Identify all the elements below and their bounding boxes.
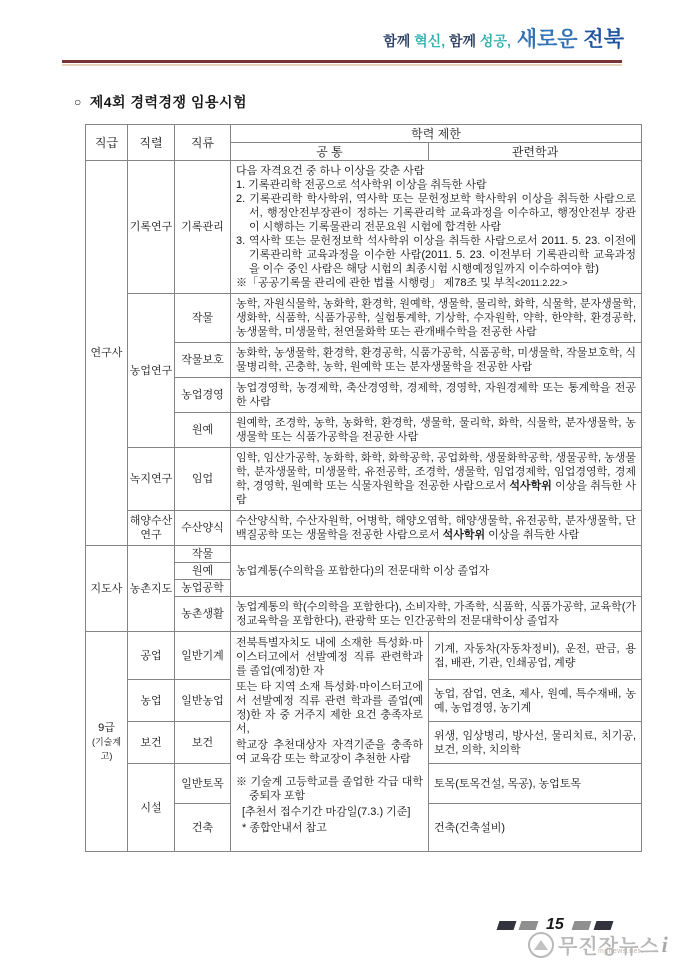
cell-series-marine-research: 해양수산연구 [128,511,175,546]
cell-agri-mgmt-majors: 농업경영학, 농경제학, 축산경영학, 경제학, 경영학, 자원경제학 또는 통… [231,378,642,413]
cell-series-agri-research: 농업연구 [128,294,175,448]
grade9-common-p6: * 종합안내서 참고 [236,821,423,835]
cell-class-guide-horticulture: 원예 [175,563,231,580]
cell-health-related: 위생, 임상병리, 방사선, 물리치료, 치기공, 보건, 의학, 치의학 [429,722,642,764]
watermark-suffix: i [662,932,668,958]
cell-class-general-agri: 일반농업 [175,680,231,722]
grade9-common-p5: [추천서 접수기간 마감일(7.3.) 기준] [236,805,423,819]
grade9-common-p4: ※ 기술계 고등학교를 졸업한 각급 대학 중퇴자 포함 [236,775,423,803]
table-row: 연구사 기록연구 기록관리 다음 자격요건 중 하나 이상을 갖춘 사람 1. … [86,161,642,294]
grade9-common-p3: 학교장 추천대상자 자격기준을 충족하여 교육감 또는 학교장이 추천한 사람 [236,738,423,766]
col-header-common: 공 통 [231,143,429,161]
cell-class-general-civil: 일반토목 [175,764,231,804]
masters-degree-bold: 석사학위 [443,529,486,541]
table-row: 지도사 농촌지도 작물 농업계통(수의학을 포함한다)의 전문대학 이상 졸업자 [86,546,642,563]
header-rule-dark-line [62,60,622,63]
recruitment-table: 직급 직렬 직류 학력 제한 공 통 관련학과 연구사 기록연구 기록관리 다음… [85,124,641,852]
cell-class-crop: 작물 [175,294,231,343]
record-note: ※「공공기록물 관리에 관한 법률 시행령」 제78조 및 부칙<2011.2.… [236,276,636,290]
table-row: 농업연구 작물 농학, 자원식물학, 농화학, 환경학, 원예학, 생물학, 물… [86,294,642,343]
cell-class-crop-protect: 작물보호 [175,343,231,378]
circle-bullet-icon: ○ [74,95,82,109]
cell-series-green-research: 녹지연구 [128,448,175,511]
cell-series-industry: 공업 [128,632,175,680]
cell-horticulture-majors: 원예학, 조경학, 농학, 농화학, 환경학, 생물학, 물리학, 화학, 식물… [231,413,642,448]
cell-class-record-mgmt: 기록관리 [175,161,231,294]
col-header-class: 직류 [175,125,231,161]
grade9-subtext: (기술계고) [87,735,126,763]
cell-guide-merged-req: 농업계통(수의학을 포함한다)의 전문대학 이상 졸업자 [231,546,642,597]
cell-class-forestry: 임업 [175,448,231,511]
cell-series-facility: 시설 [128,764,175,852]
cell-class-health: 보건 [175,722,231,764]
cell-class-rural-life: 농촌생활 [175,597,231,632]
cell-series-health: 보건 [128,722,175,764]
slogan-part: 성공, [480,33,511,49]
col-header-education-limit: 학력 제한 [231,125,642,143]
mountain-icon [534,940,548,950]
slogan-part: 함께 [445,33,480,49]
page-number-block-icon [593,921,613,930]
header-rule-light-line [62,64,622,66]
cell-class-architecture: 건축 [175,804,231,852]
record-item-1: 1. 기록관리학 전공으로 석사학위 이상을 취득한 사람 [236,178,636,192]
page-number-block-icon [519,921,539,930]
cell-agri-related: 농업, 잠업, 연초, 제사, 원예, 특수재배, 농예, 농업경영, 농기계 [429,680,642,722]
cell-crop-protect-majors: 농화학, 농생물학, 환경학, 환경공학, 식품가공학, 식품공학, 미생물학,… [231,343,642,378]
cell-record-requirements: 다음 자격요건 중 하나 이상을 갖춘 사람 1. 기록관리학 전공으로 석사학… [231,161,642,294]
cell-rural-life-majors: 농업계통의 학(수의학을 포함한다), 소비자학, 가족학, 식품학, 식품가공… [231,597,642,632]
header-slogan: 함께 혁신, 함께 성공, 새로운 전북 [383,28,624,54]
record-item-3: 3. 역사학 또는 문헌정보학 석사학위 이상을 취득한 사람으로서 2011.… [236,234,636,276]
slogan-part: 혁신, [414,33,445,49]
cell-class-general-machine: 일반기계 [175,632,231,680]
cell-grade9-common-req: 전북특별자치도 내에 소재한 특성화·마이스터고에서 선발예정 직류 관련학과를… [231,632,429,852]
slogan-part: 함께 [383,33,414,49]
header-rule [62,60,622,66]
cell-rank-advisor: 지도사 [86,546,128,632]
page-title-text: 제4회 경력경쟁 임용시험 [90,92,247,112]
table-row: 녹지연구 임업 임학, 임산가공학, 농화학, 화학, 화학공학, 공업화학, … [86,448,642,511]
grade9-common-p1: 전북특별자치도 내에 소재한 특성화·마이스터고에서 선발예정 직류 관련학과를… [236,636,423,678]
cell-architecture-related: 건축(건축설비) [429,804,642,852]
watermark-site: mjjnews.net [598,948,640,955]
page-number-block-icon [497,921,517,930]
cell-machine-related: 기계, 자동차(자동차정비), 운전, 판금, 용접, 배관, 기관, 인쇄공업… [429,632,642,680]
col-header-rank: 직급 [86,125,128,161]
cell-rank-grade9: 9급 (기술계고) [86,632,128,852]
page-number-block-icon [571,921,591,930]
cell-forestry-majors: 임학, 임산가공학, 농화학, 화학, 화학공학, 공업화학, 생물화학공학, … [231,448,642,511]
record-item-2: 2. 기록관리학 학사학위, 역사학 또는 문헌정보학 학사학위 이상을 취득한… [236,192,636,234]
cell-series-record-research: 기록연구 [128,161,175,294]
record-note-date: <2011.2.22.> [515,278,567,288]
cell-aquaculture-majors: 수산양식학, 수산자원학, 어병학, 해양오염학, 해양생물학, 유전공학, 분… [231,511,642,546]
cell-crop-majors: 농학, 자원식물학, 농화학, 환경학, 원예학, 생물학, 물리학, 화학, … [231,294,642,343]
col-header-series: 직렬 [128,125,175,161]
page-title: ○ 제4회 경력경쟁 임용시험 [74,92,247,112]
masters-degree-bold: 석사학위 [509,480,552,492]
slogan-part: 새로운 [511,28,578,51]
cell-class-aquaculture: 수산양식 [175,511,231,546]
cell-civil-related: 토목(토목건설, 목공), 농업토목 [429,764,642,804]
cell-class-agri-engineering: 농업공학 [175,580,231,597]
cell-class-agri-mgmt: 농업경영 [175,378,231,413]
table-row: 해양수산연구 수산양식 수산양식학, 수산자원학, 어병학, 해양오염학, 해양… [86,511,642,546]
cell-class-horticulture: 원예 [175,413,231,448]
cell-class-guide-crop: 작물 [175,546,231,563]
cell-rank-researcher: 연구사 [86,161,128,546]
slogan-part: 전북 [578,28,624,51]
cell-series-rural-guidance: 농촌지도 [128,546,175,632]
mountain-badge-icon [528,932,554,958]
cell-series-agriculture9: 농업 [128,680,175,722]
grade9-common-p2: 또는 타 지역 소재 특성화·마이스터고에서 선발예정 직류 관련 학과를 졸업… [236,680,423,736]
document-page: 함께 혁신, 함께 성공, 새로운 전북 ○ 제4회 경력경쟁 임용시험 직급 … [0,0,680,961]
table-row: 9급 (기술계고) 공업 일반기계 전북특별자치도 내에 소재한 특성화·마이스… [86,632,642,680]
record-intro: 다음 자격요건 중 하나 이상을 갖춘 사람 [236,164,636,178]
col-header-related: 관련학과 [429,143,642,161]
